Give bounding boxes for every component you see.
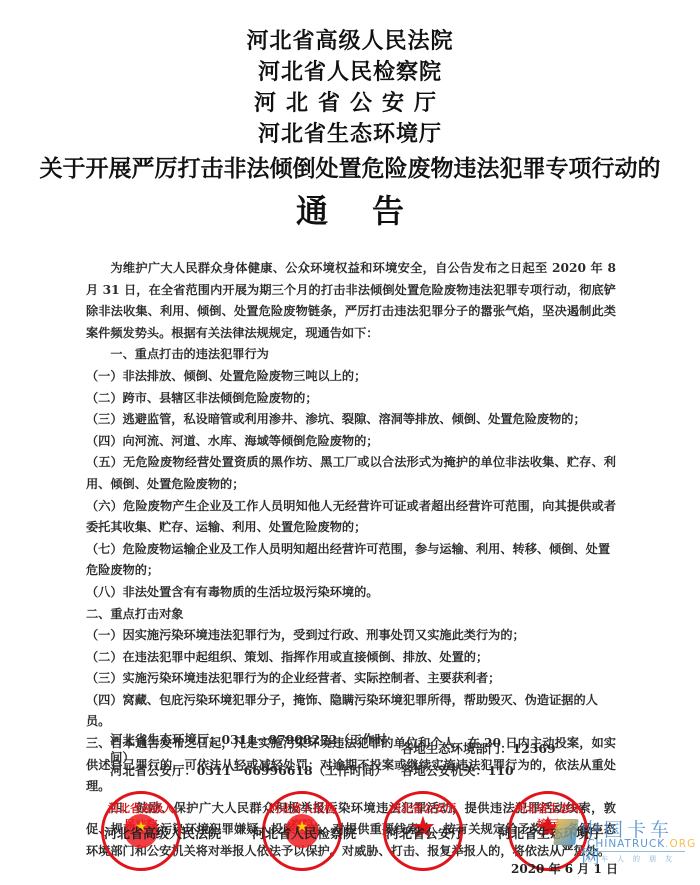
section-1-item: （八）非法处置含有有毒物质的生活垃圾污染环境的。 bbox=[86, 582, 616, 604]
local-police-hotline: 各地公安机关：110 bbox=[401, 761, 616, 779]
watermark-en-suffix: .ORG bbox=[665, 838, 696, 850]
watermark-en: CHINATRUCK.ORG bbox=[587, 838, 696, 850]
chinatruck-watermark: 中国卡车网 CHINATRUCK.ORG 卡车人的朋友 bbox=[555, 815, 695, 865]
section-2-item: （四）窝藏、包庇污染环境犯罪分子，掩饰、隐瞒污染环境犯罪所得，帮助毁灭、伪造证据… bbox=[86, 690, 616, 733]
contact-row: 河北省生态环境厅：0311－87908272（工作时间） 各地生态环境部门：12… bbox=[86, 737, 616, 759]
issuer-procuratorate: 河北省人民检察院 bbox=[0, 57, 700, 88]
local-ecology-hotline: 各地生态环境部门：12369 bbox=[401, 739, 616, 757]
section-2-item: （三）实施污染环境违法犯罪行为的企业经营者、实际控制者、主要获利者； bbox=[86, 668, 616, 690]
document-subtitle: 通告 bbox=[0, 186, 700, 232]
signer-public-security: 河北省公安厅 bbox=[386, 823, 464, 842]
watermark-divider bbox=[581, 851, 685, 852]
contact-row: 河北省公安厅：0311－66996618（工作时间） 各地公安机关：110 bbox=[86, 759, 616, 781]
document-title: 关于开展严厉打击非法倾倒处置危险废物违法犯罪专项行动的 bbox=[0, 150, 700, 183]
issuer-ecology-environment: 河北省生态环境厅 bbox=[0, 119, 700, 150]
section-1-item: （四）向河流、河道、水库、海域等倾倒危险废物的； bbox=[86, 431, 616, 453]
signer-court: 河北省高级人民法院 bbox=[104, 823, 221, 842]
contact-hotlines: 河北省生态环境厅：0311－87908272（工作时间） 各地生态环境部门：12… bbox=[86, 737, 616, 781]
section-1-item: （二）跨市、县辖区非法倾倒危险废物的； bbox=[86, 388, 616, 410]
section-1-item: （六）危险废物产生企业及工作人员明知他人无经营许可证或者超出经营许可范围，向其提… bbox=[86, 496, 616, 539]
chinatruck-logo-icon bbox=[553, 819, 579, 845]
issuer-court: 河北省高级人民法院 bbox=[0, 26, 700, 57]
section-1-heading: 一、重点打击的违法犯罪行为 bbox=[86, 344, 616, 366]
section-1-item: （五）无危险废物经营处置资质的黑作坊、黑工厂或以合法形式为掩护的单位非法收集、贮… bbox=[86, 452, 616, 495]
watermark-en-main: CHINATRUCK bbox=[587, 838, 665, 850]
section-1-item: （七）危险废物运输企业及工作人员明知超出经营许可范围，参与运输、利用、转移、倾倒… bbox=[86, 539, 616, 582]
intro-paragraph: 为维护广大人民群众身体健康、公众环境权益和环境安全，自公告发布之日起至 2020… bbox=[86, 258, 616, 344]
section-2-item: （二）在违法犯罪中起组织、策划、指挥作用或直接倾倒、排放、处置的； bbox=[86, 647, 616, 669]
section-1-item: （三）逃避监管，私设暗管或利用渗井、渗坑、裂隙、溶洞等排放、倾倒、处置危险废物的… bbox=[86, 409, 616, 431]
section-2-item: （一）因实施污染环境违法犯罪行为，受到过行政、刑事处罚又实施此类行为的； bbox=[86, 625, 616, 647]
section-1-item: （一）非法排放、倾倒、处置危险废物三吨以上的； bbox=[86, 366, 616, 388]
issuer-public-security: 河北省公安厅 bbox=[0, 88, 700, 119]
section-2-heading: 二、重点打击对象 bbox=[86, 604, 616, 626]
watermark-slogan: 卡车人的朋友 bbox=[585, 854, 681, 864]
signer-procuratorate: 河北省人民检察院 bbox=[252, 823, 356, 842]
police-hotline: 河北省公安厅：0311－66996618（工作时间） bbox=[86, 761, 401, 779]
issuing-authorities: 河北省高级人民法院 河北省人民检察院 河北省公安厅 河北省生态环境厅 bbox=[0, 26, 700, 150]
